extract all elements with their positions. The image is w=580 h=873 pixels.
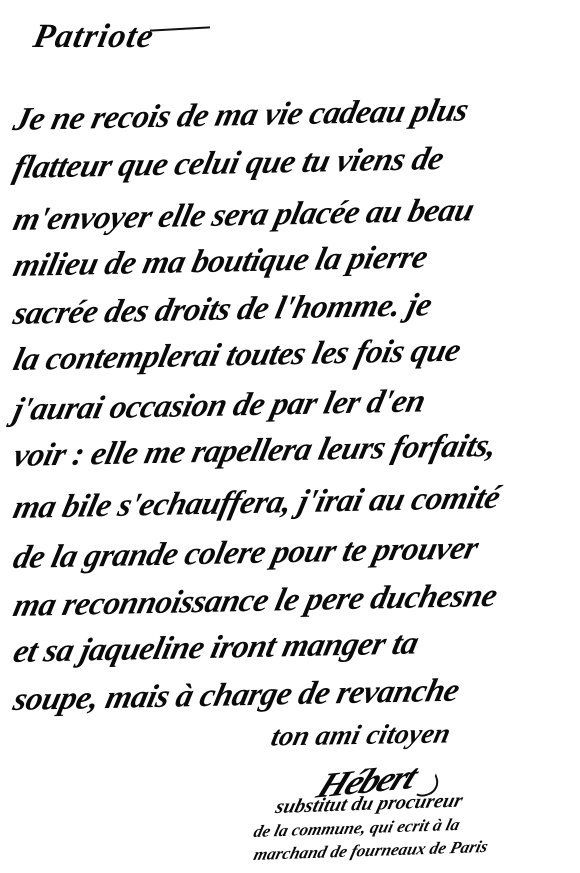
salutation: Patriote <box>30 18 158 56</box>
letter-body-line: soupe, mais à charge de revanche <box>9 671 463 720</box>
letter-body-line: et sa jaqueline iront manger ta <box>9 624 422 672</box>
letter-body-line: ma bile s'echauffera, j'irai au comité <box>9 478 503 528</box>
letter-body-line: la contemplerai toutes les fois que <box>9 331 464 380</box>
letter-body-line: flatteur que celui que tu viens de <box>9 139 447 188</box>
letter-body-line: de la grande colere pour te prouver <box>9 528 481 578</box>
closing: ton ami citoyen <box>268 718 453 753</box>
letter-body-line: Je ne recois de ma vie cadeau plus <box>9 91 472 140</box>
signature-title-line: marchand de fourneaux de Paris <box>251 837 490 865</box>
salutation-flourish <box>150 26 210 31</box>
signature-title-line: de la commune, qui ecrit à la <box>251 815 461 842</box>
letter-body-line: ma reconnoissance le pere duchesne <box>9 576 500 626</box>
letter-body-line: milieu de ma boutique la pierre <box>9 237 431 286</box>
letter-body-line: m'envoyer elle sera placée au beau <box>9 190 477 240</box>
letter-body-line: voir : elle me rapellera leurs forfaits, <box>9 426 500 476</box>
letter-body-line: j'aurai occasion de par ler d'en <box>9 381 429 430</box>
letter-body-line: sacrée des droits de l'homme. je <box>9 285 435 334</box>
signature-title-line: substitut du procureur <box>273 790 465 819</box>
letter-page: Patriote Je ne recois de ma vie cadeau p… <box>0 0 580 873</box>
